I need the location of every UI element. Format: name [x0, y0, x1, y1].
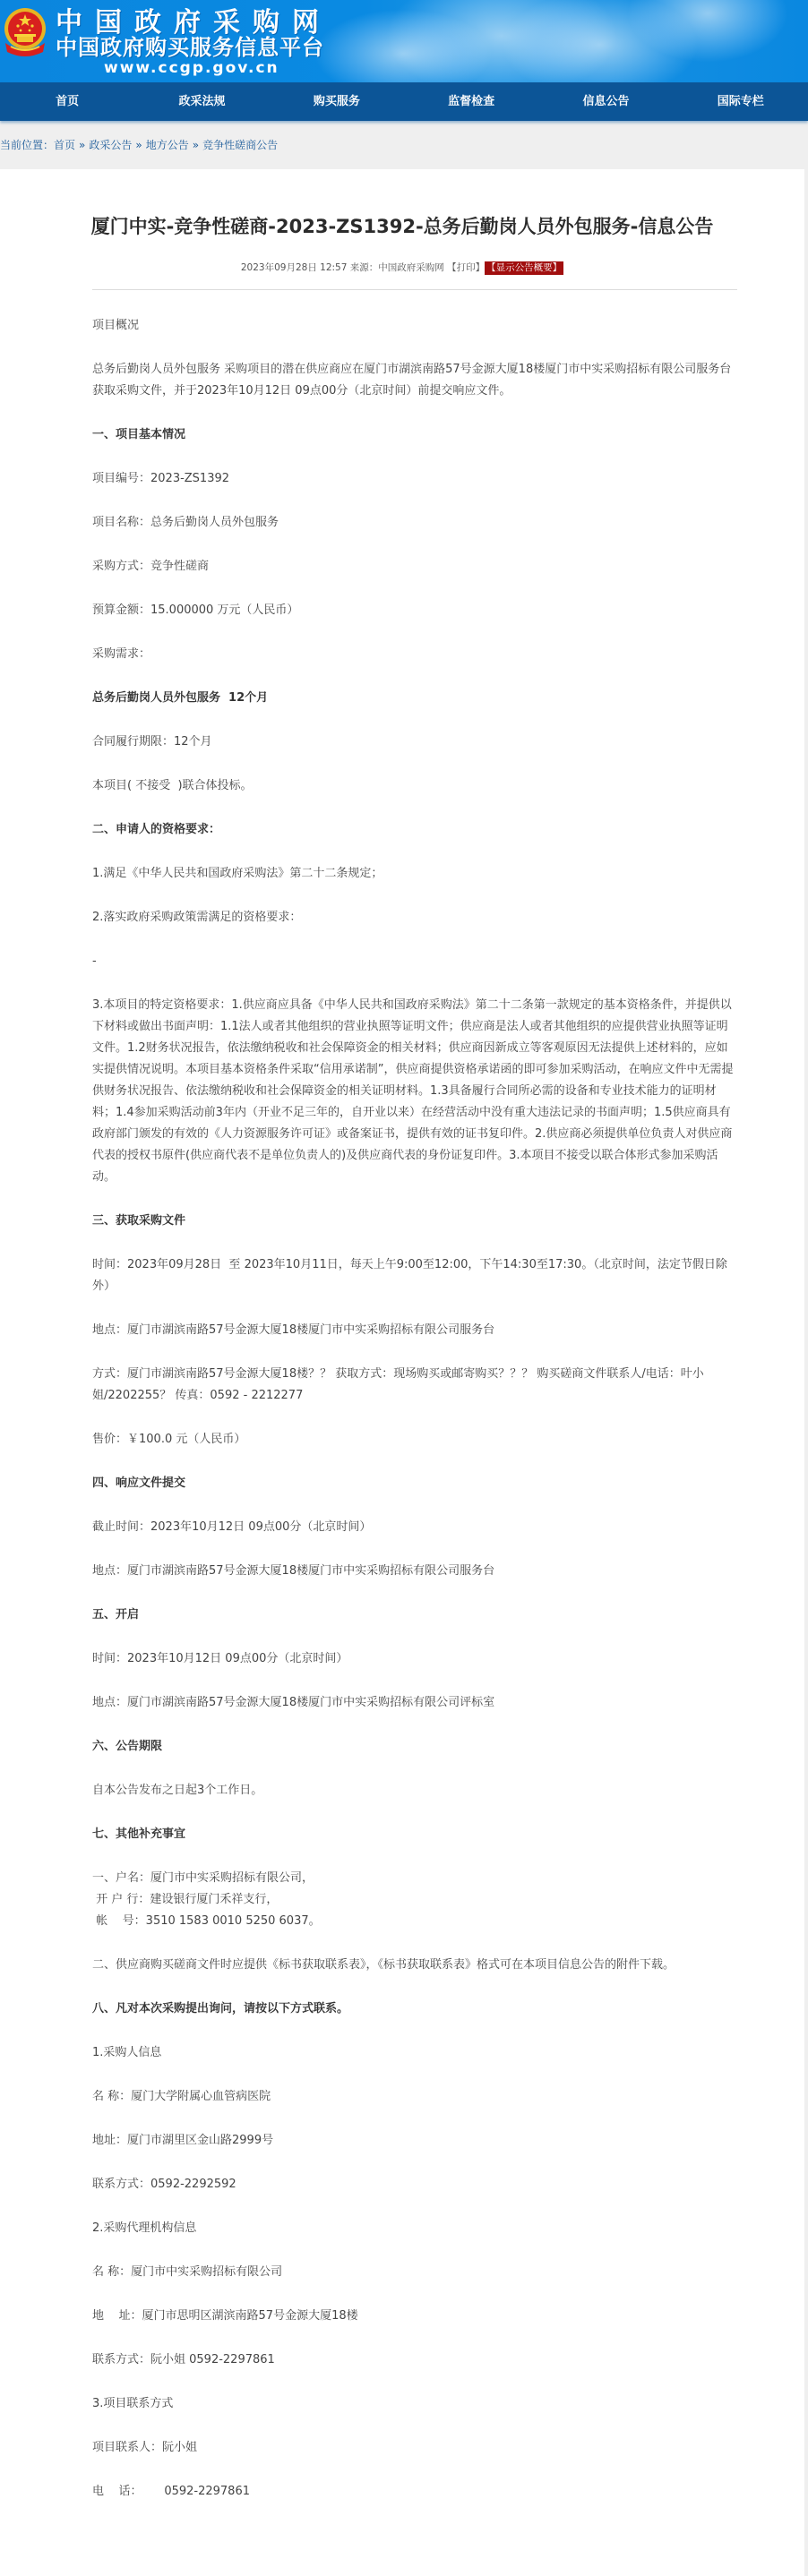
site-url: www.ccgp.gov.cn — [104, 59, 279, 77]
paragraph: - — [92, 951, 737, 972]
title-divider — [92, 289, 737, 290]
print-link[interactable]: 【打印】 — [447, 262, 485, 273]
paragraph: 采购方式：竞争性磋商 — [92, 556, 737, 578]
paragraph: 预算金额：15.000000 万元（人民币） — [92, 600, 737, 621]
section-heading: 六、公告期限 — [92, 1736, 737, 1758]
paragraph: 名 称：厦门大学附属心血管病医院 — [92, 2086, 737, 2108]
site-title: 中国政府采购网 — [56, 9, 331, 38]
paragraph: 开 户 行：建设银行厦门禾祥支行， — [92, 1889, 737, 1911]
source-label: 来源： — [350, 262, 379, 273]
paragraph: 二、供应商购买磋商文件时应提供《标书获取联系表》，《标书获取联系表》格式可在本项… — [92, 1955, 737, 1976]
paragraph: 项目编号：2023-ZS1392 — [92, 468, 737, 490]
publish-datetime: 2023年09月28日 12:57 — [241, 262, 348, 273]
article-body: 项目概况总务后勤岗人员外包服务 采购项目的潜在供应商应在厦门市湖滨南路57号金源… — [0, 315, 804, 2503]
source-name: 中国政府采购网 — [378, 262, 444, 273]
breadcrumb-prefix: 当前位置： — [0, 139, 54, 151]
article-meta: 2023年09月28日 12:57 来源：中国政府采购网 【打印】【显示公告概要… — [0, 261, 804, 275]
nav-item-announcements[interactable]: 信息公告 — [538, 82, 673, 121]
paragraph: 时间：2023年10月12日 09点00分（北京时间） — [92, 1648, 737, 1670]
paragraph: 联系方式：阮小姐 0592-2297861 — [92, 2349, 737, 2371]
nav-item-supervision[interactable]: 监督检查 — [404, 82, 538, 121]
section-heading: 总务后勤岗人员外包服务 12个月 — [92, 688, 737, 709]
paragraph: 时间：2023年09月28日 至 2023年10月11日，每天上午9:00至12… — [92, 1254, 737, 1297]
paragraph: 地址：厦门市湖里区金山路2999号 — [92, 2130, 737, 2152]
paragraph: 项目概况 — [92, 315, 737, 337]
paragraph: 2.采购代理机构信息 — [92, 2218, 737, 2239]
paragraph: 地点：厦门市湖滨南路57号金源大厦18楼厦门市中实采购招标有限公司服务台 — [92, 1561, 737, 1582]
main-nav: 首页 政采法规 购买服务 监督检查 信息公告 国际专栏 — [0, 82, 808, 121]
paragraph: 3.本项目的特定资格要求：1.供应商应具备《中华人民共和国政府采购法》第二十二条… — [92, 995, 737, 1188]
article-container: 厦门中实-竞争性磋商-2023-ZS1392-总务后勤岗人员外包服务-信息公告 … — [0, 169, 804, 2576]
paragraph: 本项目( 不接受 )联合体投标。 — [92, 775, 737, 797]
paragraph: 总务后勤岗人员外包服务 采购项目的潜在供应商应在厦门市湖滨南路57号金源大厦18… — [92, 359, 737, 402]
section-heading: 三、获取采购文件 — [92, 1211, 737, 1232]
paragraph: 地点：厦门市湖滨南路57号金源大厦18楼厦门市中实采购招标有限公司服务台 — [92, 1320, 737, 1341]
section-heading: 四、响应文件提交 — [92, 1473, 737, 1494]
section-heading: 七、其他补充事宜 — [92, 1824, 737, 1845]
paragraph: 电 话： 0592-2297861 — [92, 2481, 737, 2503]
paragraph: 帐 号：3510 1583 0010 5250 6037。 — [92, 1911, 737, 1932]
paragraph: 1.满足《中华人民共和国政府采购法》第二十二条规定； — [92, 863, 737, 885]
paragraph: 1.采购人信息 — [92, 2042, 737, 2064]
paragraph: 地点：厦门市湖滨南路57号金源大厦18楼厦门市中实采购招标有限公司评标室 — [92, 1692, 737, 1714]
paragraph: 截止时间：2023年10月12日 09点00分（北京时间） — [92, 1517, 737, 1538]
nav-item-international[interactable]: 国际专栏 — [674, 82, 808, 121]
nav-item-purchase-services[interactable]: 购买服务 — [270, 82, 404, 121]
nav-item-regulations[interactable]: 政采法规 — [134, 82, 269, 121]
paragraph: 合同履行期限：12个月 — [92, 732, 737, 753]
section-heading: 八、凡对本次采购提出询问，请按以下方式联系。 — [92, 1998, 737, 2020]
national-emblem-icon — [2, 7, 48, 59]
breadcrumb-separator: » — [79, 139, 85, 151]
paragraph: 采购需求： — [92, 644, 737, 665]
show-summary-button[interactable]: 【显示公告概要】 — [485, 261, 563, 275]
article-title: 厦门中实-竞争性磋商-2023-ZS1392-总务后勤岗人员外包服务-信息公告 — [0, 169, 804, 244]
paragraph: 自本公告发布之日起3个工作日。 — [92, 1780, 737, 1801]
paragraph: 项目名称：总务后勤岗人员外包服务 — [92, 512, 737, 534]
site-subtitle: 中国政府购买服务信息平台 — [56, 36, 324, 59]
paragraph: 地 址：厦门市思明区湖滨南路57号金源大厦18楼 — [92, 2306, 737, 2327]
section-heading: 五、开启 — [92, 1605, 737, 1626]
breadcrumb-procurement-announcements[interactable]: 政采公告 — [89, 139, 132, 151]
breadcrumb-competitive-negotiation[interactable]: 竞争性磋商公告 — [202, 139, 278, 151]
section-heading: 二、申请人的资格要求： — [92, 819, 737, 841]
breadcrumb: 当前位置：首页»政采公告»地方公告»竞争性磋商公告 — [0, 121, 808, 169]
site-banner: 中国政府采购网 中国政府购买服务信息平台 www.ccgp.gov.cn — [0, 0, 808, 82]
paragraph: 售价：￥100.0 元（人民币） — [92, 1429, 737, 1451]
breadcrumb-separator: » — [135, 139, 142, 151]
breadcrumb-local-announcements[interactable]: 地方公告 — [146, 139, 189, 151]
paragraph: 一、户名：厦门市中实采购招标有限公司， — [92, 1868, 737, 1889]
paragraph: 方式：厦门市湖滨南路57号金源大厦18楼？？ 获取方式：现场购买或邮寄购买？？？… — [92, 1364, 737, 1407]
paragraph: 2.落实政府采购政策需满足的资格要求： — [92, 907, 737, 929]
paragraph: 名 称：厦门市中实采购招标有限公司 — [92, 2262, 737, 2283]
paragraph: 3.项目联系方式 — [92, 2393, 737, 2415]
section-heading: 一、项目基本情况 — [92, 424, 737, 446]
nav-item-home[interactable]: 首页 — [0, 82, 134, 121]
breadcrumb-home[interactable]: 首页 — [54, 139, 75, 151]
breadcrumb-separator: » — [193, 139, 199, 151]
paragraph: 联系方式：0592-2292592 — [92, 2174, 737, 2195]
paragraph: 项目联系人：阮小姐 — [92, 2437, 737, 2459]
